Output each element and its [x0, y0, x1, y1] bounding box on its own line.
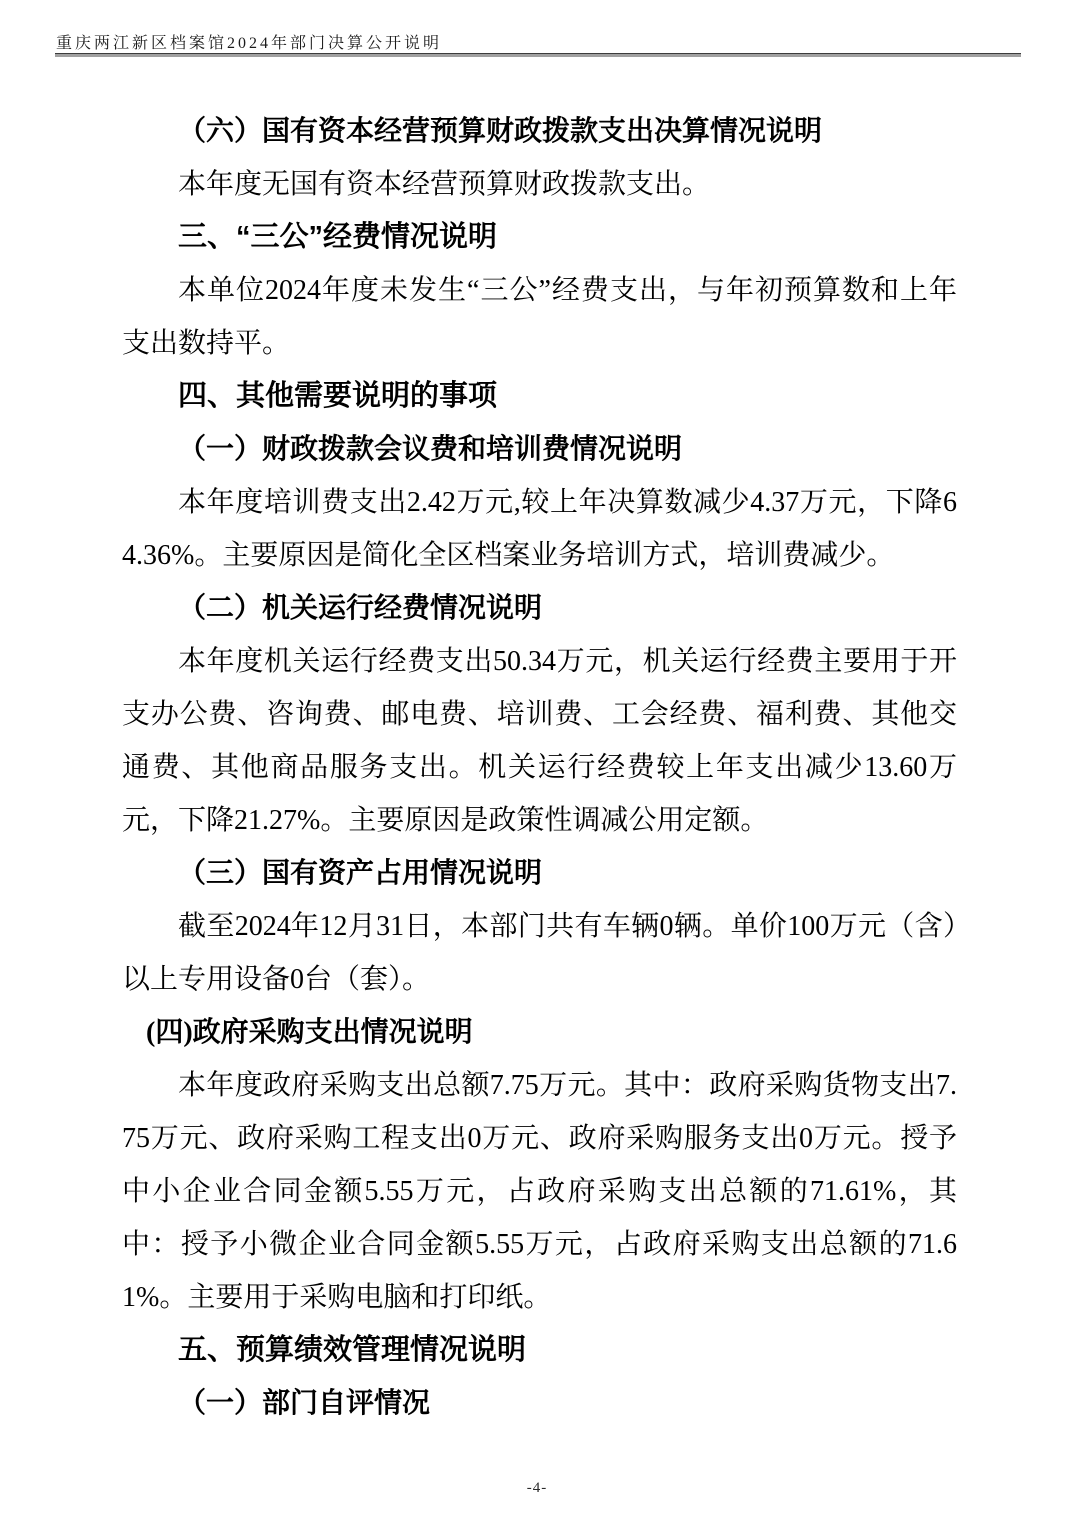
paragraph-agency-operating-funds: 本年度机关运行经费支出50.34万元，机关运行经费主要用于开支办公费、咨询费、邮…	[122, 635, 957, 847]
paragraph-government-procurement: 本年度政府采购支出总额7.75万元。其中：政府采购货物支出7.75万元、政府采购…	[122, 1059, 957, 1324]
heading-government-procurement: (四)政府采购支出情况说明	[122, 1006, 957, 1059]
paragraph-training-fees: 本年度培训费支出2.42万元,较上年决算数减少4.37万元，下降64.36%。主…	[122, 476, 957, 582]
paragraph-state-asset-occupancy: 截至2024年12月31日，本部门共有车辆0辆。单价100万元（含）以上专用设备…	[122, 900, 957, 1006]
heading-department-self-evaluation: （一）部门自评情况	[122, 1377, 957, 1430]
heading-meeting-training-fees: （一）财政拨款会议费和培训费情况说明	[122, 423, 957, 476]
document-page: 重庆两江新区档案馆2024年部门决算公开说明 （六）国有资本经营预算财政拨款支出…	[0, 0, 1074, 1520]
section-budget-performance: 五、预算绩效管理情况说明	[122, 1324, 957, 1377]
paragraph-no-state-capital-expenditure: 本年度无国有资本经营预算财政拨款支出。	[122, 158, 957, 211]
paragraph-three-public-funds: 本单位2024年度未发生“三公”经费支出，与年初预算数和上年支出数持平。	[122, 264, 957, 370]
section-three-public-funds: 三、“三公”经费情况说明	[122, 211, 957, 264]
running-header-title: 重庆两江新区档案馆2024年部门决算公开说明	[56, 30, 442, 53]
heading-agency-operating-funds: （二）机关运行经费情况说明	[122, 582, 957, 635]
header-rule	[55, 53, 1021, 57]
page-number: -4-	[0, 1480, 1074, 1497]
section-other-matters: 四、其他需要说明的事项	[122, 370, 957, 423]
heading-state-asset-occupancy: （三）国有资产占用情况说明	[122, 847, 957, 900]
document-body: （六）国有资本经营预算财政拨款支出决算情况说明 本年度无国有资本经营预算财政拨款…	[122, 105, 957, 1430]
heading-state-capital-budget: （六）国有资本经营预算财政拨款支出决算情况说明	[122, 105, 957, 158]
